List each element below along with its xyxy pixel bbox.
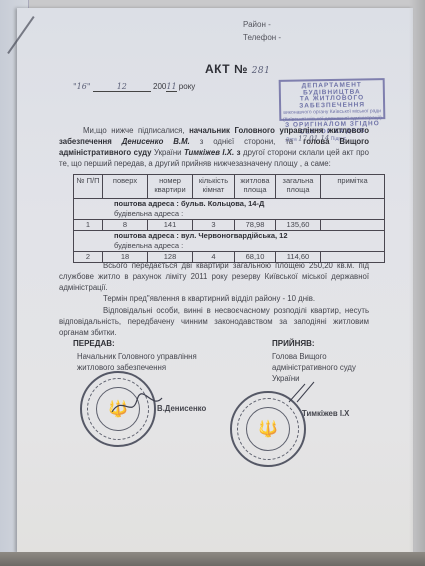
year-prefix: 200	[153, 82, 166, 91]
intro-party1-name: Денисенко В.М.	[122, 137, 190, 146]
postal-address: поштова адреса : вул. Червоногвардійська…	[114, 231, 288, 240]
intro-text: з	[237, 148, 241, 157]
document-title: АКТ № 281	[205, 62, 270, 76]
cell-number: 1	[74, 220, 103, 231]
postal-address: поштова адреса : бульв. Кольцова, 14-Д	[114, 199, 264, 208]
apartments-table: № П/П поверх номер квартири кількість кі…	[73, 174, 385, 263]
cell-floor: 8	[103, 220, 148, 231]
cell-note	[321, 220, 385, 231]
header-apartment-number: номер квартири	[148, 175, 193, 199]
desk-surface	[0, 552, 425, 566]
position-line: адміністративного суду	[272, 362, 356, 373]
position-line: житлового забезпечення	[77, 362, 197, 373]
table-row: 1 8 141 3 78,98 135,60	[74, 220, 385, 231]
position-line: Начальник Головного управління	[77, 351, 197, 362]
accepted-heading: ПРИЙНЯВ:	[272, 339, 315, 348]
summary-deadline: Термін пред"явлення в квартирний відділ …	[59, 293, 369, 304]
table-address-row: поштова адреса : вул. Червоногвардійська…	[74, 231, 385, 252]
header-rooms: кількість кімнат	[193, 175, 235, 199]
intro-party2-name: Тимкіжев І.Х.	[184, 148, 234, 157]
date-month: 12	[117, 82, 127, 91]
header-total-area: загальна площа	[276, 175, 321, 199]
header-number: № П/П	[74, 175, 103, 199]
year-suffix: року	[179, 82, 196, 91]
header-living-area: житлова площа	[235, 175, 276, 199]
title-text: АКТ №	[205, 62, 248, 76]
intro-paragraph: Ми,що нижче підписалися, начальник Голов…	[59, 125, 369, 169]
signature-scribble-right	[287, 380, 317, 405]
address-cell: поштова адреса : вул. Червоногвардійська…	[74, 231, 385, 252]
copy-certification-stamp: ДЕПАРТАМЕНТ БУДІВНИЦТВА ТА ЖИТЛОВОГО ЗАБ…	[279, 78, 386, 121]
page-shadow	[409, 0, 425, 566]
intro-text: України	[154, 148, 182, 157]
date-day: "16"	[73, 82, 91, 91]
accepted-signatory-name: Тимкіжев І.Х	[302, 408, 349, 419]
summary-responsibility: Відповідальні особи, винні в несвоєчасно…	[59, 305, 369, 338]
transferred-heading: ПЕРЕДАВ:	[73, 339, 115, 348]
intro-text: з однієї сторони, та	[200, 137, 293, 146]
trident-emblem-icon: 🔱	[258, 419, 278, 439]
date-month-line: 12	[93, 82, 151, 92]
table-header-row: № П/П поверх номер квартири кількість кі…	[74, 175, 385, 199]
summary-total: Всього передається дві квартири загально…	[59, 260, 369, 293]
cell-rooms: 3	[193, 220, 235, 231]
building-address: будівельна адреса :	[114, 241, 183, 250]
phone-label: Телефон -	[243, 33, 281, 42]
address-cell: поштова адреса : бульв. Кольцова, 14-Д б…	[74, 199, 385, 220]
year-value: 11	[166, 82, 176, 92]
position-line: Голова Вищого	[272, 351, 356, 362]
header-floor: поверх	[103, 175, 148, 199]
cell-apartment: 141	[148, 220, 193, 231]
document-page: Район - Телефон - АКТ № 281 "16" 12 2001…	[17, 8, 413, 553]
header-note: примітка	[321, 175, 385, 199]
cell-living-area: 78,98	[235, 220, 276, 231]
intro-text: Ми,що нижче підписалися,	[83, 126, 185, 135]
transferred-position: Начальник Головного управління житлового…	[77, 351, 197, 373]
transferred-signatory-name: В.Денисенко	[157, 403, 206, 414]
cell-total-area: 135,60	[276, 220, 321, 231]
act-number: 281	[252, 66, 271, 76]
district-label: Район -	[243, 20, 271, 29]
table-address-row: поштова адреса : бульв. Кольцова, 14-Д б…	[74, 199, 385, 220]
act-date: "16" 12 20011 року	[73, 82, 195, 92]
building-address: будівельна адреса :	[114, 209, 183, 218]
